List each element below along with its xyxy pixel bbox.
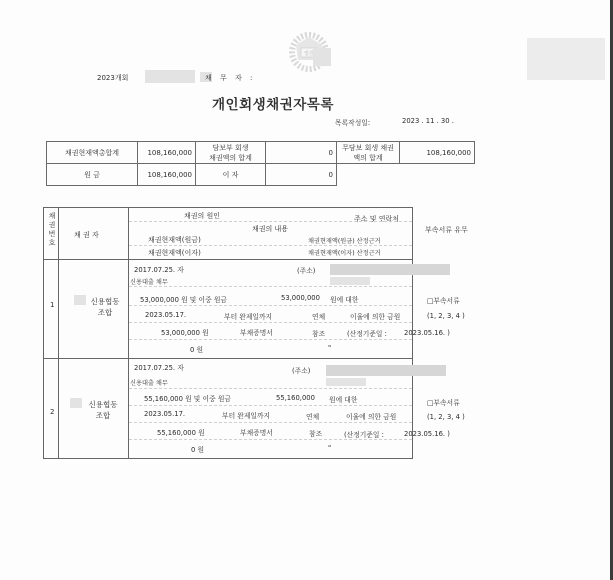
redacted-creditor xyxy=(70,398,82,408)
redacted-debtor-name xyxy=(313,48,331,66)
ditto-mark: " xyxy=(328,344,331,352)
until-text: 부터 완제일까지 xyxy=(224,311,272,321)
cause-text: 신용대출 채무 xyxy=(130,378,168,387)
header-claim-no: 채권 번호 xyxy=(48,212,56,248)
header-content: 채권의 내용 xyxy=(252,224,288,234)
address-label: (주소) xyxy=(297,265,315,275)
redacted-box xyxy=(527,38,605,80)
redacted-case-number xyxy=(145,70,195,83)
attachments-checkbox[interactable]: □부속서류 xyxy=(427,397,460,407)
reference-text: 참조 xyxy=(312,328,325,338)
header-creditor: 채 권 자 xyxy=(74,230,99,240)
unsecured-value: 108,160,000 xyxy=(400,142,475,164)
calc-date: 2023.05.16. ) xyxy=(404,329,450,337)
principal-phrase: 55,160,000 원 및 이중 원금 xyxy=(144,393,231,403)
header-cause: 채권의 원인 xyxy=(184,211,220,221)
header-principal-basis: 채권현재액(원금) 산정근거 xyxy=(308,236,381,245)
reference-text: 참조 xyxy=(309,428,322,438)
principal-amount: 55,160,000 xyxy=(276,394,315,402)
cause-date: 2017.07.25. 자 xyxy=(134,362,184,372)
until-text: 부터 완제일까지 xyxy=(222,410,270,420)
principal-phrase: 53,000,000 원 및 이중 원금 xyxy=(140,294,227,304)
ditto-mark: " xyxy=(328,444,331,452)
creditor-name: 신용협동조합 xyxy=(87,296,123,318)
row-number: 2 xyxy=(50,408,54,416)
creditor-name: 신용협동조합 xyxy=(85,399,121,421)
summary-table: 채권현재액총합계 108,160,000 담보부 회생 채권액의 합계 0 무담… xyxy=(46,141,475,186)
creditor-table: 채권 번호 채 권 자 채권의 원인 주소 및 연락처 채권의 내용 부속서류 … xyxy=(43,207,413,459)
header-address: 주소 및 연락처 xyxy=(354,214,399,224)
total-label: 채권현재액총합계 xyxy=(47,142,138,164)
principal-now: 55,160,000 원 xyxy=(157,427,205,437)
about-text: 원에 대한 xyxy=(329,394,357,404)
document-page: 법원 2023개회 채 무 자 : 개인회생채권자목록 목록작성일: 2023 … xyxy=(0,0,613,580)
interest-rate-text: 이율에 의한 금원 xyxy=(346,411,396,421)
redacted-address-2 xyxy=(330,277,370,285)
row-number: 1 xyxy=(50,301,54,309)
principal-now: 53,000,000 원 xyxy=(161,327,209,337)
document-name: 부채증명서 xyxy=(240,327,273,337)
document-name: 부채증명서 xyxy=(240,427,273,437)
calc-date: 2023.05.16. ) xyxy=(404,430,450,438)
calc-date-label: (산정기준일 : xyxy=(347,328,387,338)
page-title: 개인회생채권자목록 xyxy=(212,93,334,113)
principal-amount: 53,000,000 xyxy=(281,294,320,302)
redacted-address xyxy=(326,365,446,376)
header-principal: 채권현재액(원금) xyxy=(148,235,201,245)
header-attachments: 부속서류 유무 xyxy=(425,225,468,235)
cause-text: 신용대출 채무 xyxy=(130,277,168,286)
case-number: 2023개회 xyxy=(97,73,128,83)
date-value: 2023 . 11 . 30 . xyxy=(402,117,454,125)
redacted-creditor xyxy=(74,295,86,305)
overdue-text: 연체 xyxy=(306,411,319,421)
redacted-address-2 xyxy=(326,378,366,386)
secured-label: 담보부 회생 채권액의 합계 xyxy=(196,142,266,164)
from-date: 2023.05.17. xyxy=(144,410,185,418)
attachment-list: (1, 2, 3, 4 ) xyxy=(427,413,465,421)
address-label: (주소) xyxy=(292,365,310,375)
attachments-checkbox[interactable]: □부속서류 xyxy=(427,295,460,305)
header-interest: 채권현재액(이자) xyxy=(148,248,201,258)
interest-value: 0 xyxy=(266,164,337,186)
date-label: 목록작성일: xyxy=(335,117,370,127)
redacted-address xyxy=(330,264,450,275)
interest-now: 0 원 xyxy=(190,344,203,354)
about-text: 원에 대한 xyxy=(330,294,358,304)
from-date: 2023.05.17. xyxy=(145,311,186,319)
interest-now: 0 원 xyxy=(191,444,204,454)
unsecured-label: 무담보 회생 채권 액의 합계 xyxy=(337,142,400,164)
interest-rate-text: 이율에 의한 금원 xyxy=(350,311,400,321)
calc-date-label: (산정기준일 : xyxy=(344,429,384,439)
header-interest-basis: 채권현재액(이자) 산정근거 xyxy=(308,248,381,257)
debtor-label: 채 무 자 : xyxy=(205,73,255,83)
total-value: 108,160,000 xyxy=(138,142,196,164)
principal-label: 원 금 xyxy=(47,164,138,186)
attachment-list: (1, 2, 3, 4 ) xyxy=(427,312,465,320)
secured-value: 0 xyxy=(266,142,337,164)
overdue-text: 연체 xyxy=(312,311,325,321)
interest-label: 이 자 xyxy=(196,164,266,186)
cause-date: 2017.07.25. 자 xyxy=(134,264,184,274)
principal-value: 108,160,000 xyxy=(138,164,196,186)
